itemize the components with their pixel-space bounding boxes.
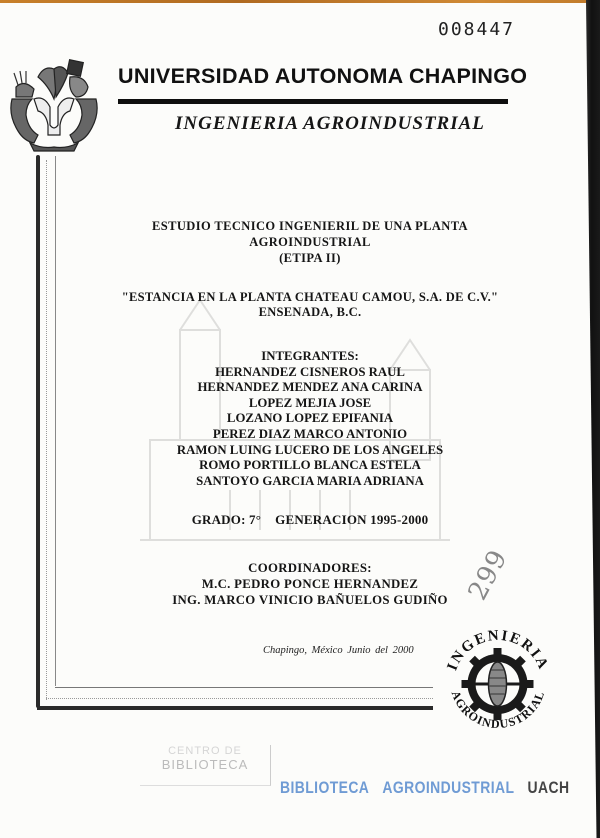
frame-dotted-bottom [46,698,433,699]
frame-dotted-left [46,160,47,700]
library-stamp-faded-line: BIBLIOTECA [140,757,270,772]
member-name: HERNANDEZ MENDEZ ANA CARINA [120,380,500,396]
library-stamp-faded: CENTRO DE BIBLIOTECA [140,745,271,786]
university-name: UNIVERSIDAD AUTONOMA CHAPINGO [118,64,527,89]
member-name: PEREZ DIAZ MARCO ANTONIO [120,427,500,443]
frame-border-left [36,155,40,708]
member-name: HERNANDEZ CISNEROS RAUL [120,365,500,381]
coordinators-heading: COORDINADORES: [120,560,500,576]
member-name: LOZANO LOPEZ EPIFANIA [120,411,500,427]
member-name: RAMON LUING LUCERO DE LOS ANGELES [120,443,500,459]
generation: GENERACION 1995-2000 [275,512,428,527]
stay-title-line: "ESTANCIA EN LA PLANTA CHATEAU CAMOU, S.… [120,290,500,305]
stay-location: ENSENADA, B.C. [120,305,500,320]
member-name: LOPEZ MEJIA JOSE [120,396,500,412]
agroindustrial-seal-icon: INGENIERIA AGROINDUSTRIAL [440,622,555,742]
study-title: ESTUDIO TECNICO INGENIERIL DE UNA PLANTA… [120,218,500,266]
member-name: ROMO PORTILLO BLANCA ESTELA [120,458,500,474]
scan-top-edge [0,0,600,3]
study-title-line: ESTUDIO TECNICO INGENIERIL DE UNA PLANTA [120,218,500,234]
members-heading: INTEGRANTES: [120,349,500,365]
stay-title: "ESTANCIA EN LA PLANTA CHATEAU CAMOU, S.… [120,290,500,320]
members-section: INTEGRANTES: HERNANDEZ CISNEROS RAUL HER… [120,349,500,489]
member-name: SANTOYO GARCIA MARIA ADRIANA [120,474,500,490]
coordinator-name: ING. MARCO VINICIO BAÑUELOS GUDIÑO [120,592,500,608]
frame-inner-bottom [55,687,433,688]
library-stamp-word: AGROINDUSTRIAL [382,778,514,797]
grade-generation: GRADO: 7°GENERACION 1995-2000 [120,512,500,528]
place-date: Chapingo, México Junio del 2000 [263,645,414,656]
coordinators-section: COORDINADORES: M.C. PEDRO PONCE HERNANDE… [120,560,500,608]
frame-inner-left [55,156,56,686]
study-title-line: AGROINDUSTRIAL [120,234,500,250]
title-rule [118,99,508,104]
frame-border-bottom [37,706,433,710]
scan-right-edge [586,0,600,838]
document-number: 008447 [438,19,515,40]
grade: GRADO: 7° [192,512,261,527]
coordinator-name: M.C. PEDRO PONCE HERNANDEZ [120,576,500,592]
library-stamp-faded-line: CENTRO DE [140,745,270,757]
study-title-line: (ETIPA II) [120,250,500,266]
university-crest-icon [4,55,104,153]
library-stamp-word: UACH [528,778,570,797]
department-name: INGENIERIA AGROINDUSTRIAL [175,113,485,135]
library-stamp-blue: BIBLIOTECAAGROINDUSTRIALUACH [280,778,569,798]
library-stamp-word: BIBLIOTECA [280,778,369,797]
